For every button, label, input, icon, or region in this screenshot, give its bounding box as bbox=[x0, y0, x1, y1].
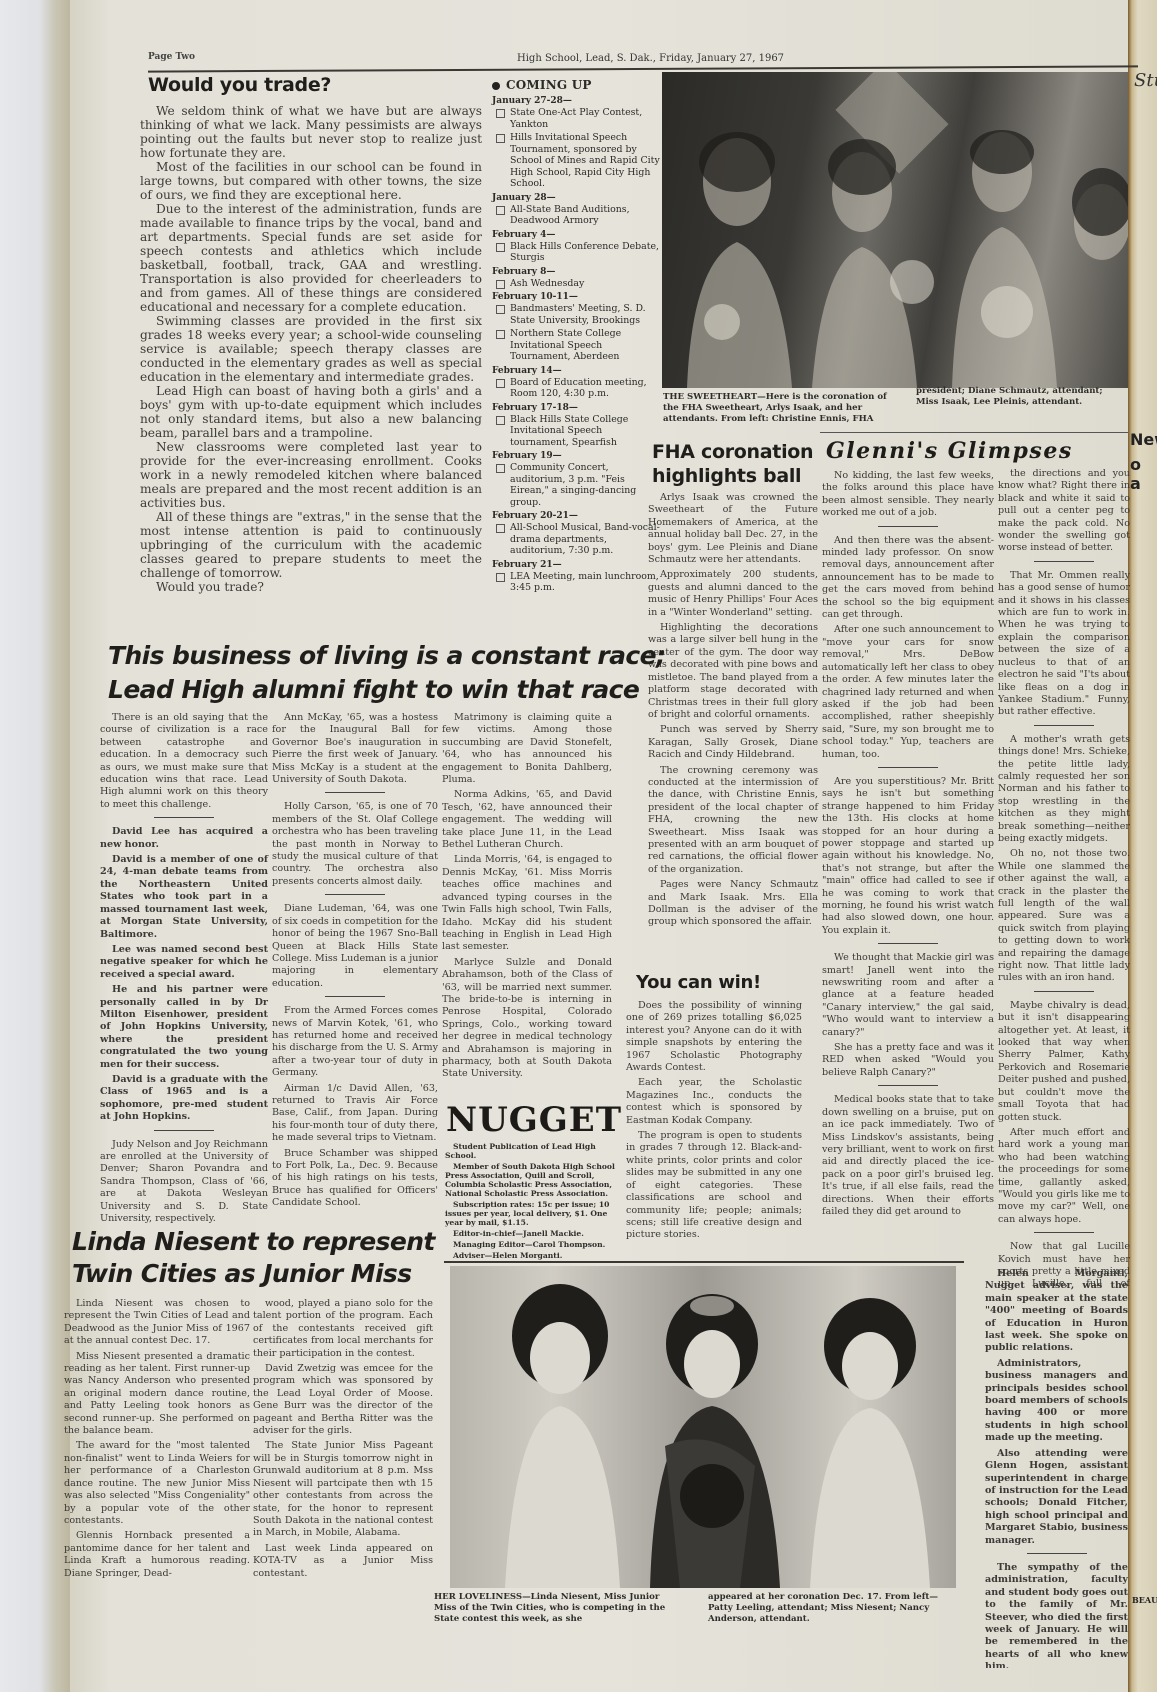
section-rule bbox=[444, 1261, 964, 1263]
coming-up-event: Community Concert, auditorium, 3 p.m. "F… bbox=[492, 462, 660, 508]
checkbox-icon bbox=[496, 280, 505, 289]
dateline: High School, Lead, S. Dak., Friday, Janu… bbox=[517, 53, 784, 64]
alumni-paragraph: Airman 1/c David Allen, '63, returned to… bbox=[272, 1083, 438, 1145]
checkbox-icon bbox=[496, 243, 505, 252]
glimpses-title: Glenni's Glimpses bbox=[826, 438, 1073, 464]
nugget-info-line: Adviser—Helen Morganti. bbox=[445, 1251, 623, 1260]
coming-up-date: January 27-28— bbox=[492, 96, 660, 106]
section-separator bbox=[878, 1085, 938, 1086]
editorial-body: We seldom think of what we have but are … bbox=[140, 104, 482, 594]
fha-body: Arlys Isaak was crowned the Sweetheart o… bbox=[648, 492, 818, 932]
coming-up-event-text: Black Hills State College Invitational S… bbox=[510, 414, 628, 448]
alumni-paragraph: David is a graduate with the Class of 19… bbox=[100, 1074, 268, 1124]
glimpses-paragraph: After much effort and hard work a young … bbox=[998, 1127, 1130, 1226]
coming-up-event: Bandmasters' Meeting, S. D. State Univer… bbox=[492, 303, 660, 326]
coming-up-date: January 28— bbox=[492, 193, 660, 203]
coming-up-event-text: Community Concert, auditorium, 3 p.m. "F… bbox=[510, 462, 636, 508]
alumni-paragraph: David is a member of one of 24, 4-man de… bbox=[100, 854, 268, 941]
sweetheart-caption-left: THE SWEETHEART—Here is the coronation of… bbox=[663, 392, 905, 425]
coming-up-event-text: All-School Musical, Band-vocal-drama dep… bbox=[510, 522, 660, 556]
coming-up-date: February 19— bbox=[492, 451, 660, 461]
nugget-info-line: Student Publication of Lead High School. bbox=[445, 1142, 623, 1160]
checkbox-icon bbox=[496, 573, 505, 582]
coming-up-list: January 27-28—State One-Act Play Contest… bbox=[492, 96, 660, 594]
glimpses-column-1: No kidding, the last few weeks, the folk… bbox=[822, 470, 994, 1221]
coming-up-event: Hills Invitational Speech Tournament, sp… bbox=[492, 132, 660, 190]
editorial-paragraph: All of these things are "extras," in the… bbox=[140, 510, 482, 580]
alumni-paragraph: Norma Adkins, '65, and David Tesch, '62,… bbox=[442, 789, 612, 851]
bullet-icon bbox=[492, 82, 500, 90]
coming-up-box: COMING UP January 27-28—State One-Act Pl… bbox=[492, 78, 660, 596]
editorial-paragraph: Would you trade? bbox=[140, 580, 482, 594]
coming-up-event: Northern State College Invitational Spee… bbox=[492, 328, 660, 363]
glimpses-paragraph: She has a pretty face and was it RED whe… bbox=[822, 1042, 994, 1079]
coming-up-event-text: State One-Act Play Contest, Yankton bbox=[510, 107, 642, 130]
glimpses-paragraph: No kidding, the last few weeks, the folk… bbox=[822, 470, 994, 520]
junior-miss-paragraph: David Zwetzig was emcee for the program … bbox=[253, 1363, 433, 1437]
morganti-paragraph: Also attending were Glenn Hogen, assista… bbox=[985, 1448, 1128, 1547]
coming-up-date: February 20-21— bbox=[492, 511, 660, 521]
coming-up-event: State One-Act Play Contest, Yankton bbox=[492, 107, 660, 130]
next-page-fragment: New bbox=[1130, 430, 1157, 449]
alumni-paragraph: He and his partner were personally calle… bbox=[100, 984, 268, 1071]
section-separator bbox=[1034, 1232, 1094, 1233]
alumni-paragraph: David Lee has acquired a new honor. bbox=[100, 826, 268, 851]
checkbox-icon bbox=[496, 134, 505, 143]
glimpses-column-2: the directions and you know what? Right … bbox=[998, 468, 1130, 1288]
glimpses-paragraph: And then there was the absent-minded lad… bbox=[822, 535, 994, 622]
coming-up-date: February 4— bbox=[492, 230, 660, 240]
morganti-paragraph: Helen Morganti, Nugget adviser, was the … bbox=[985, 1268, 1128, 1355]
coming-up-event: Ash Wednesday bbox=[492, 278, 660, 290]
glimpses-paragraph: A mother's wrath gets things done! Mrs. … bbox=[998, 734, 1130, 846]
checkbox-icon bbox=[496, 305, 505, 314]
junior-miss-paragraph: Miss Niesent presented a dramatic readin… bbox=[64, 1351, 250, 1438]
junior-miss-column-1: Linda Niesent was chosen to represent th… bbox=[64, 1298, 250, 1583]
coming-up-event-text: Black Hills Conference Debate, Sturgis bbox=[510, 241, 659, 264]
photo-figures-icon bbox=[450, 1266, 956, 1588]
editorial-paragraph: We seldom think of what we have but are … bbox=[140, 104, 482, 160]
nugget-info-line: Subscription rates: 15c per issue; 10 is… bbox=[445, 1200, 623, 1227]
checkbox-icon bbox=[496, 464, 505, 473]
junior-miss-headline-line2: Twin Cities as Junior Miss bbox=[72, 1260, 412, 1288]
alumni-paragraph: Judy Nelson and Joy Reichmann are enroll… bbox=[100, 1139, 268, 1226]
editorial-paragraph: New classrooms were completed last year … bbox=[140, 440, 482, 510]
coming-up-event: LEA Meeting, main lunchroom, 3:45 p.m. bbox=[492, 571, 660, 594]
coming-up-event-text: Board of Education meeting, Room 120, 4:… bbox=[510, 377, 647, 400]
sweetheart-caption-right: president; Diane Schmautz, attendant; Mi… bbox=[916, 386, 1128, 408]
junior-miss-caption-right: appeared at her coronation Dec. 17. From… bbox=[708, 1592, 958, 1625]
fha-paragraph: Arlys Isaak was crowned the Sweetheart o… bbox=[648, 492, 818, 566]
contest-paragraph: The program is open to students in grade… bbox=[626, 1130, 802, 1242]
morganti-brief: Helen Morganti, Nugget adviser, was the … bbox=[985, 1268, 1128, 1668]
coming-up-event: Board of Education meeting, Room 120, 4:… bbox=[492, 377, 660, 400]
alumni-paragraph: Lee was named second best negative speak… bbox=[100, 944, 268, 981]
alumni-headline-line1: This business of living is a constant ra… bbox=[108, 642, 665, 670]
book-binding-left bbox=[0, 0, 70, 1692]
coming-up-event-text: Ash Wednesday bbox=[510, 278, 584, 289]
nugget-masthead: NUGGET bbox=[446, 1100, 622, 1140]
section-separator bbox=[154, 1130, 214, 1131]
section-separator bbox=[154, 817, 214, 818]
fha-paragraph: The crowning ceremony was conducted at t… bbox=[648, 765, 818, 877]
coming-up-event-text: Bandmasters' Meeting, S. D. State Univer… bbox=[510, 303, 646, 326]
section-separator bbox=[1034, 991, 1094, 992]
coming-up-event-text: Northern State College Invitational Spee… bbox=[510, 328, 621, 362]
junior-miss-paragraph: The award for the "most talented non-fin… bbox=[64, 1440, 250, 1527]
checkbox-icon bbox=[496, 379, 505, 388]
coming-up-event: Black Hills State College Invitational S… bbox=[492, 414, 660, 449]
photo-figures-icon bbox=[662, 72, 1128, 388]
contest-paragraph: Each year, the Scholastic Magazines Inc.… bbox=[626, 1077, 802, 1127]
section-separator bbox=[878, 943, 938, 944]
section-rule bbox=[820, 432, 1128, 433]
alumni-paragraph: Ann McKay, '65, was a hostess for the In… bbox=[272, 712, 438, 786]
editorial-paragraph: Most of the facilities in our school can… bbox=[140, 160, 482, 202]
junior-miss-column-2: wood, played a piano solo for the talent… bbox=[253, 1298, 433, 1583]
coming-up-event-text: Hills Invitational Speech Tournament, sp… bbox=[510, 132, 660, 189]
glimpses-paragraph: That Mr. Ommen really has a good sense o… bbox=[998, 570, 1130, 719]
fha-paragraph: Punch was served by Sherry Karagan, Sall… bbox=[648, 724, 818, 761]
alumni-paragraph: Matrimony is claiming quite a few victim… bbox=[442, 712, 612, 786]
section-separator bbox=[1034, 561, 1094, 562]
coming-up-event: All-State Band Auditions, Deadwood Armor… bbox=[492, 204, 660, 227]
editorial-paragraph: Due to the interest of the administratio… bbox=[140, 202, 482, 314]
editorial-paragraph: Swimming classes are provided in the fir… bbox=[140, 314, 482, 384]
page-folio: Page Two bbox=[148, 52, 195, 62]
glimpses-paragraph: After one such announcement to "move you… bbox=[822, 624, 994, 760]
morganti-paragraph: The sympathy of the administration, facu… bbox=[985, 1562, 1128, 1668]
contest-body: Does the possibility of winning one of 2… bbox=[626, 1000, 802, 1245]
junior-miss-headline-line1: Linda Niesent to represent bbox=[72, 1228, 435, 1256]
nugget-info-line: Member of South Dakota High School Press… bbox=[445, 1162, 623, 1198]
nugget-info-line: Managing Editor—Carol Thompson. bbox=[445, 1240, 623, 1249]
junior-miss-paragraph: Last week Linda appeared on KOTA-TV as a… bbox=[253, 1543, 433, 1580]
glimpses-paragraph: Maybe chivalry is dead, but it isn't dis… bbox=[998, 1000, 1130, 1124]
alumni-column-1: There is an old saying that the course o… bbox=[100, 712, 268, 1228]
checkbox-icon bbox=[496, 206, 505, 215]
coming-up-date: February 17-18— bbox=[492, 403, 660, 413]
checkbox-icon bbox=[496, 330, 505, 339]
nugget-publication-info: Student Publication of Lead High School.… bbox=[445, 1142, 623, 1262]
junior-miss-caption-left: HER LOVELINESS—Linda Niesent, Miss Junio… bbox=[434, 1592, 684, 1625]
checkbox-icon bbox=[496, 109, 505, 118]
junior-miss-paragraph: wood, played a piano solo for the talent… bbox=[253, 1298, 433, 1360]
junior-miss-paragraph: Glennis Hornback presented a pantomime d… bbox=[64, 1530, 250, 1580]
section-separator bbox=[1034, 725, 1094, 726]
glimpses-paragraph: We thought that Mackie girl was smart! J… bbox=[822, 952, 994, 1039]
next-page-edge: Stu New o a BEAU bbox=[1128, 0, 1157, 1692]
fha-headline: FHA coronation highlights ball bbox=[652, 440, 824, 488]
fha-sweetheart-photo bbox=[662, 72, 1128, 388]
alumni-paragraph: There is an old saying that the course o… bbox=[100, 712, 268, 811]
next-page-fragment: BEAU bbox=[1132, 1595, 1157, 1605]
coming-up-event-text: LEA Meeting, main lunchroom, 3:45 p.m. bbox=[510, 571, 659, 594]
nugget-info-line: Editor-in-chief—Janell Mackie. bbox=[445, 1229, 623, 1238]
section-separator bbox=[325, 894, 385, 895]
alumni-paragraph: From the Armed Forces comes news of Marv… bbox=[272, 1005, 438, 1079]
fha-paragraph: Highlighting the decorations was a large… bbox=[648, 622, 818, 721]
coming-up-title: COMING UP bbox=[506, 78, 592, 92]
junior-miss-paragraph: The State Junior Miss Pageant will be in… bbox=[253, 1440, 433, 1539]
checkbox-icon bbox=[496, 416, 505, 425]
fha-paragraph: Approximately 200 students, guests and a… bbox=[648, 569, 818, 619]
section-separator bbox=[1027, 1553, 1087, 1554]
alumni-paragraph: Marlyce Sulzle and Donald Abrahamson, bo… bbox=[442, 957, 612, 1081]
alumni-paragraph: Bruce Schamber was shipped to Fort Polk,… bbox=[272, 1148, 438, 1210]
alumni-column-3: Matrimony is claiming quite a few victim… bbox=[442, 712, 612, 1084]
glimpses-paragraph: Oh no, not those two. While one slammed … bbox=[998, 848, 1130, 984]
section-separator bbox=[325, 792, 385, 793]
contest-headline: You can win! bbox=[636, 972, 761, 993]
fha-paragraph: Pages were Nancy Schmautz and Mark Isaak… bbox=[648, 879, 818, 929]
junior-miss-photo bbox=[450, 1266, 956, 1588]
checkbox-icon bbox=[496, 524, 505, 533]
glimpses-paragraph: Are you superstitious? Mr. Britt says he… bbox=[822, 776, 994, 937]
morganti-paragraph: Administrators, business managers and pr… bbox=[985, 1358, 1128, 1445]
alumni-column-2: Ann McKay, '65, was a hostess for the In… bbox=[272, 712, 438, 1213]
next-page-heading-fragment: Stu bbox=[1134, 70, 1157, 91]
coming-up-date: February 8— bbox=[492, 267, 660, 277]
next-page-fragment: o a bbox=[1130, 455, 1157, 493]
section-separator bbox=[878, 767, 938, 768]
coming-up-date: February 10-11— bbox=[492, 292, 660, 302]
section-separator bbox=[325, 996, 385, 997]
alumni-paragraph: Linda Morris, '64, is engaged to Dennis … bbox=[442, 854, 612, 953]
coming-up-event-text: All-State Band Auditions, Deadwood Armor… bbox=[510, 204, 630, 227]
alumni-paragraph: Diane Ludeman, '64, was one of six coeds… bbox=[272, 903, 438, 990]
coming-up-date: February 14— bbox=[492, 366, 660, 376]
coming-up-event: All-School Musical, Band-vocal-drama dep… bbox=[492, 522, 660, 557]
junior-miss-paragraph: Linda Niesent was chosen to represent th… bbox=[64, 1298, 250, 1348]
glimpses-paragraph: the directions and you know what? Right … bbox=[998, 468, 1130, 555]
coming-up-event: Black Hills Conference Debate, Sturgis bbox=[492, 241, 660, 264]
editorial-title: Would you trade? bbox=[148, 74, 331, 96]
alumni-paragraph: Holly Carson, '65, is one of 70 members … bbox=[272, 801, 438, 888]
glimpses-paragraph: Medical books state that to take down sw… bbox=[822, 1094, 994, 1218]
coming-up-date: February 21— bbox=[492, 560, 660, 570]
section-separator bbox=[878, 526, 938, 527]
alumni-headline-line2: Lead High alumni fight to win that race bbox=[108, 676, 639, 704]
contest-paragraph: Does the possibility of winning one of 2… bbox=[626, 1000, 802, 1074]
editorial-paragraph: Lead High can boast of having both a gir… bbox=[140, 384, 482, 440]
